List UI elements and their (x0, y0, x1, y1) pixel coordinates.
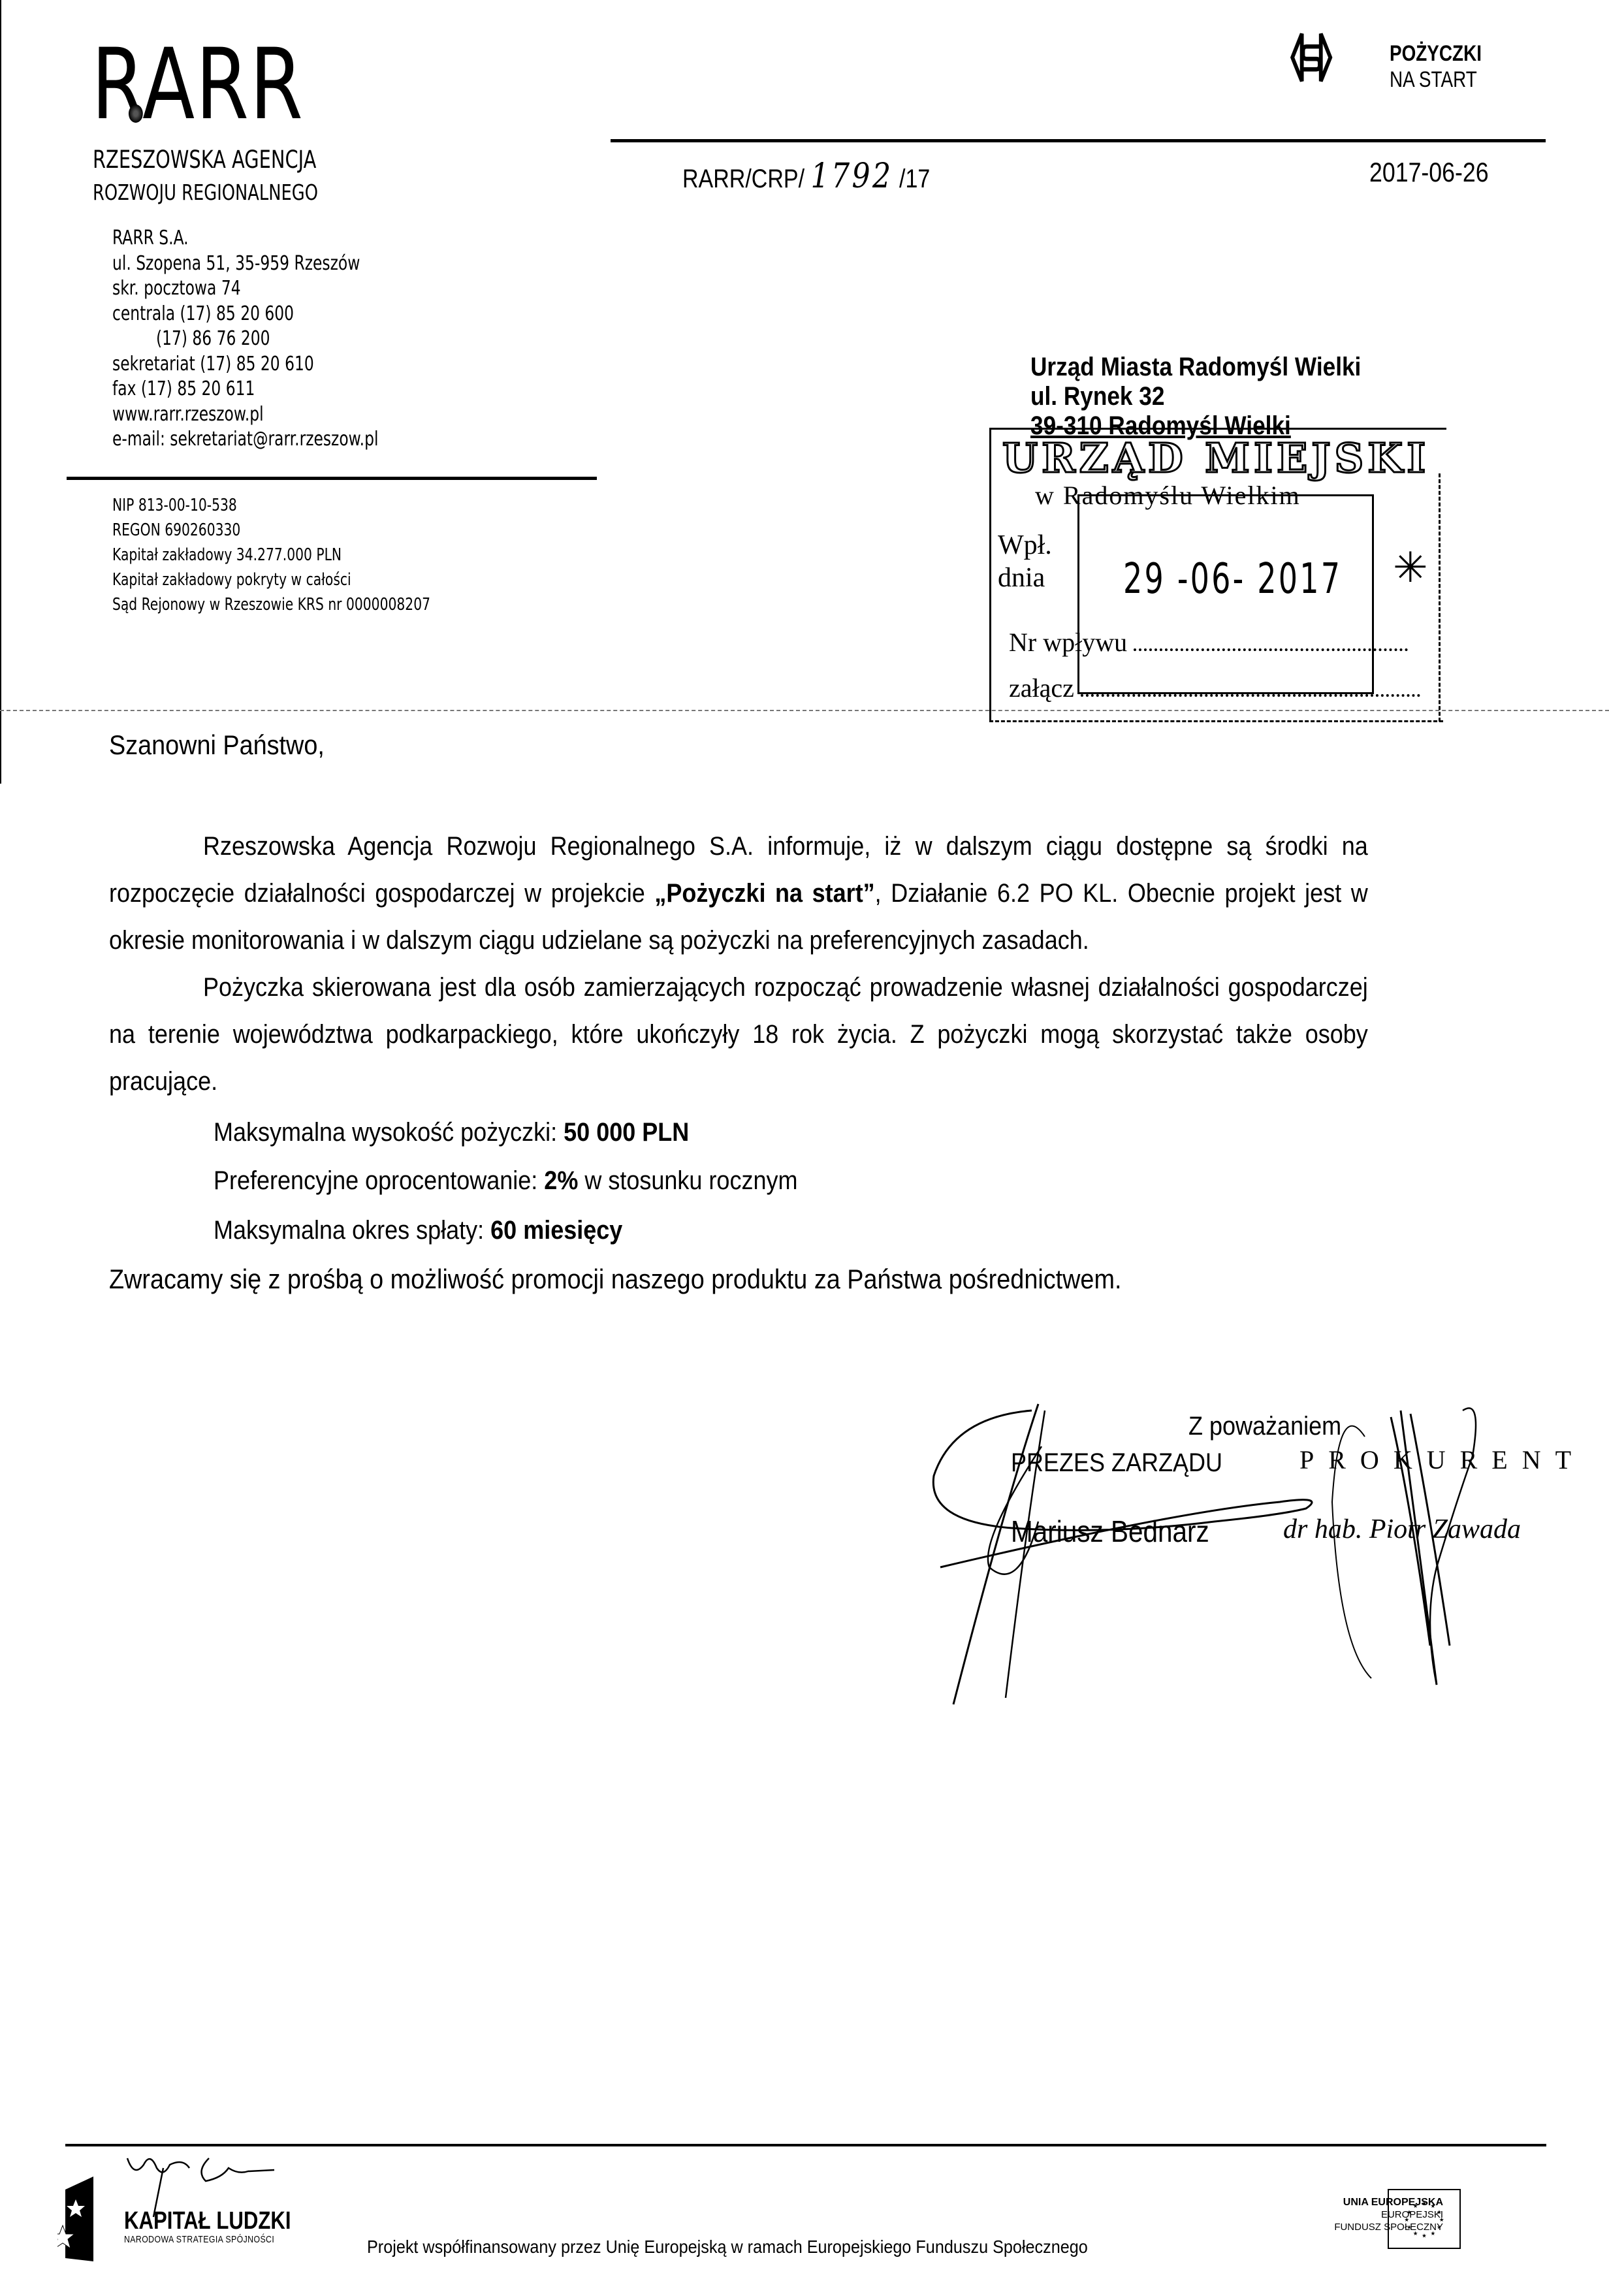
svg-text:★: ★ (1439, 2217, 1444, 2224)
attachments-blank (1081, 694, 1420, 697)
stamp-entry-number: Nr wpływu (1009, 627, 1408, 658)
entry-number-blank (1134, 648, 1408, 651)
cofinancing-note: Projekt współfinansowany przez Unię Euro… (367, 2237, 1088, 2257)
divider (65, 2144, 1546, 2146)
sender-legal-line: NIP 813-00-10-538 (112, 493, 430, 518)
svg-text:★: ★ (1431, 2203, 1436, 2210)
kapital-ludzki-logo-icon (57, 2176, 95, 2261)
paragraph-1: Rzeszowska Agencja Rozwoju Regionalnego … (109, 823, 1368, 964)
pozyczki-na-start-logo-icon (1273, 31, 1378, 84)
paragraph-2: Pożyczka skierowana jest dla osób zamier… (109, 964, 1368, 1105)
closing-sentence: Zwracamy się z prośbą o możliwość promoc… (109, 1264, 1121, 1295)
sender-contact-line: RARR S.A. (112, 226, 378, 251)
rarr-logo-text: RARR (91, 28, 304, 142)
sender-legal-line: Kapitał zakładowy pokryty w całości (112, 567, 430, 592)
stamp-border (989, 428, 1446, 430)
svg-text:★: ★ (1431, 2231, 1436, 2237)
loan-term-interest: Preferencyjne oprocentowanie: 2% w stosu… (214, 1166, 797, 1196)
sender-legal-line: Sąd Rejonowy w Rzeszowie KRS nr 00000082… (112, 592, 430, 617)
sender-contact-line: e-mail: sekretariat@rarr.rzeszow.pl (112, 427, 378, 453)
stamp-received-date: 29 -06- 2017 (1123, 555, 1342, 603)
svg-text:★: ★ (1422, 2201, 1427, 2207)
globe-icon (129, 104, 143, 123)
sender-contact-line: fax (17) 85 20 611 (112, 377, 378, 402)
sender-legal-line: Kapitał zakładowy 34.277.000 PLN (112, 543, 430, 567)
sender-legal-block: NIP 813-00-10-538REGON 690260330Kapitał … (112, 493, 430, 617)
sender-contact-line: www.rarr.rzeszow.pl (112, 402, 378, 428)
eu-flag-icon: ★★★ ★★★ ★★★ ★★★ (1388, 2189, 1461, 2249)
sender-contact-line: sekretariat (17) 85 20 610 (112, 352, 378, 377)
reference-handwritten: 1792 (810, 157, 893, 196)
loan-term-max-amount: Maksymalna wysokość pożyczki: 50 000 PLN (214, 1118, 689, 1147)
agency-name-line2: ROZWOJU REGIONALNEGO (93, 176, 318, 209)
sender-contact-line: skr. pocztowa 74 (112, 276, 378, 302)
project-name: „Pożyczki na start” (654, 879, 874, 908)
svg-text:★: ★ (1437, 2224, 1442, 2231)
recipient-line2: ul. Rynek 32 (1030, 382, 1361, 411)
sender-contact-block: RARR S.A.ul. Szopena 51, 35-959 Rzeszóws… (112, 226, 378, 453)
svg-text:★: ★ (1413, 2231, 1418, 2237)
svg-text:★: ★ (1407, 2224, 1412, 2231)
agency-name: RZESZOWSKA AGENCJA ROZWOJU REGIONALNEGO (93, 144, 318, 209)
scan-margin-line (0, 0, 1, 784)
pozyczki-na-start-wordmark: POŻYCZKI NA START (1390, 40, 1482, 93)
svg-text:★: ★ (1413, 2203, 1418, 2210)
loan-term-repayment: Maksymalna okres spłaty: 60 miesięcy (214, 1216, 622, 1245)
sender-legal-line: REGON 690260330 (112, 518, 430, 543)
stamp-title: URZĄD MIEJSKI (1002, 434, 1429, 482)
rarr-logo: RARR (91, 39, 304, 131)
svg-text:★: ★ (1404, 2217, 1409, 2224)
letter-date: 2017-06-26 (1369, 157, 1489, 188)
stamp-border (1439, 473, 1442, 722)
kapital-ludzki-subtitle: NARODOWA STRATEGIA SPÓJNOŚCI (124, 2234, 274, 2245)
agency-name-line1: RZESZOWSKA AGENCJA (93, 144, 318, 176)
divider (611, 139, 1546, 142)
sender-contact-line: centrala (17) 85 20 600 (112, 302, 378, 327)
svg-text:★: ★ (1422, 2233, 1427, 2240)
stamp-received-label: Wpł. dnia (998, 529, 1052, 594)
recipient-line1: Urząd Miasta Radomyśl Wielki (1030, 353, 1361, 382)
handwritten-signatures (914, 1371, 1600, 1711)
star-icon: ✳ (1393, 543, 1428, 592)
reference-number: RARR/CRP/ 1792 /17 (682, 157, 930, 196)
sender-contact-line: ul. Szopena 51, 35-959 Rzeszów (112, 251, 378, 277)
svg-text:★: ★ (1407, 2209, 1412, 2216)
stamp-attachments: załącz (1009, 673, 1420, 703)
svg-text:★: ★ (1437, 2209, 1442, 2216)
greeting: Szanowni Państwo, (109, 729, 325, 761)
sender-contact-line: (17) 86 76 200 (112, 327, 378, 352)
kapital-ludzki-wordmark: KAPITAŁ LUDZKI (124, 2207, 291, 2235)
divider (67, 477, 597, 480)
